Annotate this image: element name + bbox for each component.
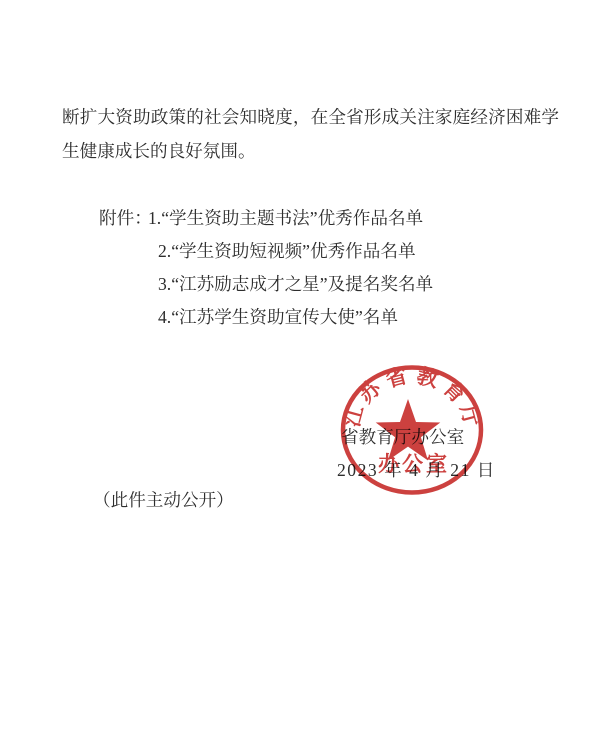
attachment-row: 附件：1.“学生资助主题书法”优秀作品名单 [99,202,433,235]
seal-arc-char: 省 [383,363,409,392]
attachments-list: 附件：1.“学生资助主题书法”优秀作品名单 2.“学生资助短视频”优秀作品名单 … [99,202,433,334]
attachment-row: 4.“江苏学生资助宣传大使”名单 [99,301,433,334]
seal-arc-char: 育 [438,376,470,408]
seal-arc-char: 教 [414,363,441,392]
scanned-document-page: 断扩大资助政策的社会知晓度，在全省形成关注家庭经济困难学 生健康成长的良好氛围。… [0,0,610,752]
signature-office-name: 省教育厅办公室 [341,426,464,448]
attachment-item-2: 2.“学生资助短视频”优秀作品名单 [158,241,416,261]
attachment-item-3: 3.“江苏励志成才之星”及提名奖名单 [158,274,433,294]
body-paragraph: 断扩大资助政策的社会知晓度，在全省形成关注家庭经济困难学 生健康成长的良好氛围。 [62,100,559,168]
attachment-item-1: 1.“学生资助主题书法”优秀作品名单 [148,208,423,228]
attachments-label: 附件： [99,202,148,235]
body-line-1: 断扩大资助政策的社会知晓度，在全省形成关注家庭经济困难学 [62,100,559,134]
attachment-row: 3.“江苏励志成才之星”及提名奖名单 [99,268,433,301]
attachment-row: 2.“学生资助短视频”优秀作品名单 [99,235,433,268]
seal-arc-char: 苏 [354,375,387,408]
attachment-item-4: 4.“江苏学生资助宣传大使”名单 [158,307,398,327]
body-line-2: 生健康成长的良好氛围。 [62,134,559,168]
signature-date: 2023 年 4 月 21 日 [337,459,496,481]
public-disclosure-note: （此件主动公开） [93,489,234,511]
